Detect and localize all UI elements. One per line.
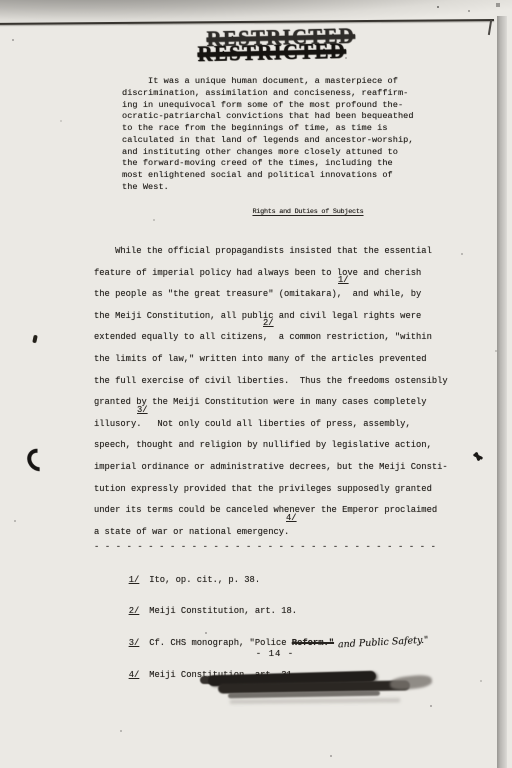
footnote-ref-3: 3/ — [137, 405, 148, 415]
restricted-stamp: RESTRICTED RESTRICTED — [196, 26, 381, 72]
struck-out-text: Reform." — [292, 638, 334, 648]
footnote-marker: 3/ — [129, 638, 140, 648]
document-page: RESTRICTED RESTRICTED It was a unique hu… — [0, 0, 512, 768]
section-heading: Rights and Duties of Subjects — [252, 208, 363, 216]
footnote-text: Meiji Constitution, art. 18. — [149, 606, 297, 616]
footnote-ref-1: 1/ — [338, 275, 349, 285]
handwritten-correction: and Public Safety." — [338, 636, 429, 651]
footnote-line: 1/Ito, op. cit., p. 38. — [97, 564, 429, 596]
restricted-stamp-impression: RESTRICTED — [197, 38, 346, 68]
body-paragraph: While the official propagandists insiste… — [94, 241, 448, 543]
footnote-ref-2: 2/ — [263, 318, 274, 328]
pen-mark-right — [472, 451, 484, 463]
footnote-text: Cf. CHS monograph, "Police — [149, 638, 292, 648]
footnote-text: Ito, op. cit., p. 38. — [149, 575, 260, 585]
block-quote-paragraph: It was a unique human document, a master… — [122, 76, 414, 194]
page-edge-shadow — [497, 16, 507, 768]
pen-mark-crescent — [23, 444, 55, 476]
ink-blob — [389, 674, 432, 691]
footnote-line: 2/Meiji Constitution, art. 18. — [97, 596, 429, 628]
footnote-separator: - - - - - - - - - - - - - - - - - - - - … — [94, 542, 436, 552]
paper-specks — [0, 0, 2, 2]
footnote-marker: 4/ — [129, 670, 140, 680]
ink-speck — [32, 335, 38, 344]
footnote-marker: 2/ — [129, 606, 140, 616]
page-number: - 14 - — [230, 649, 320, 659]
footnote-marker: 1/ — [129, 575, 140, 585]
footnote-ref-4: 4/ — [286, 513, 297, 523]
